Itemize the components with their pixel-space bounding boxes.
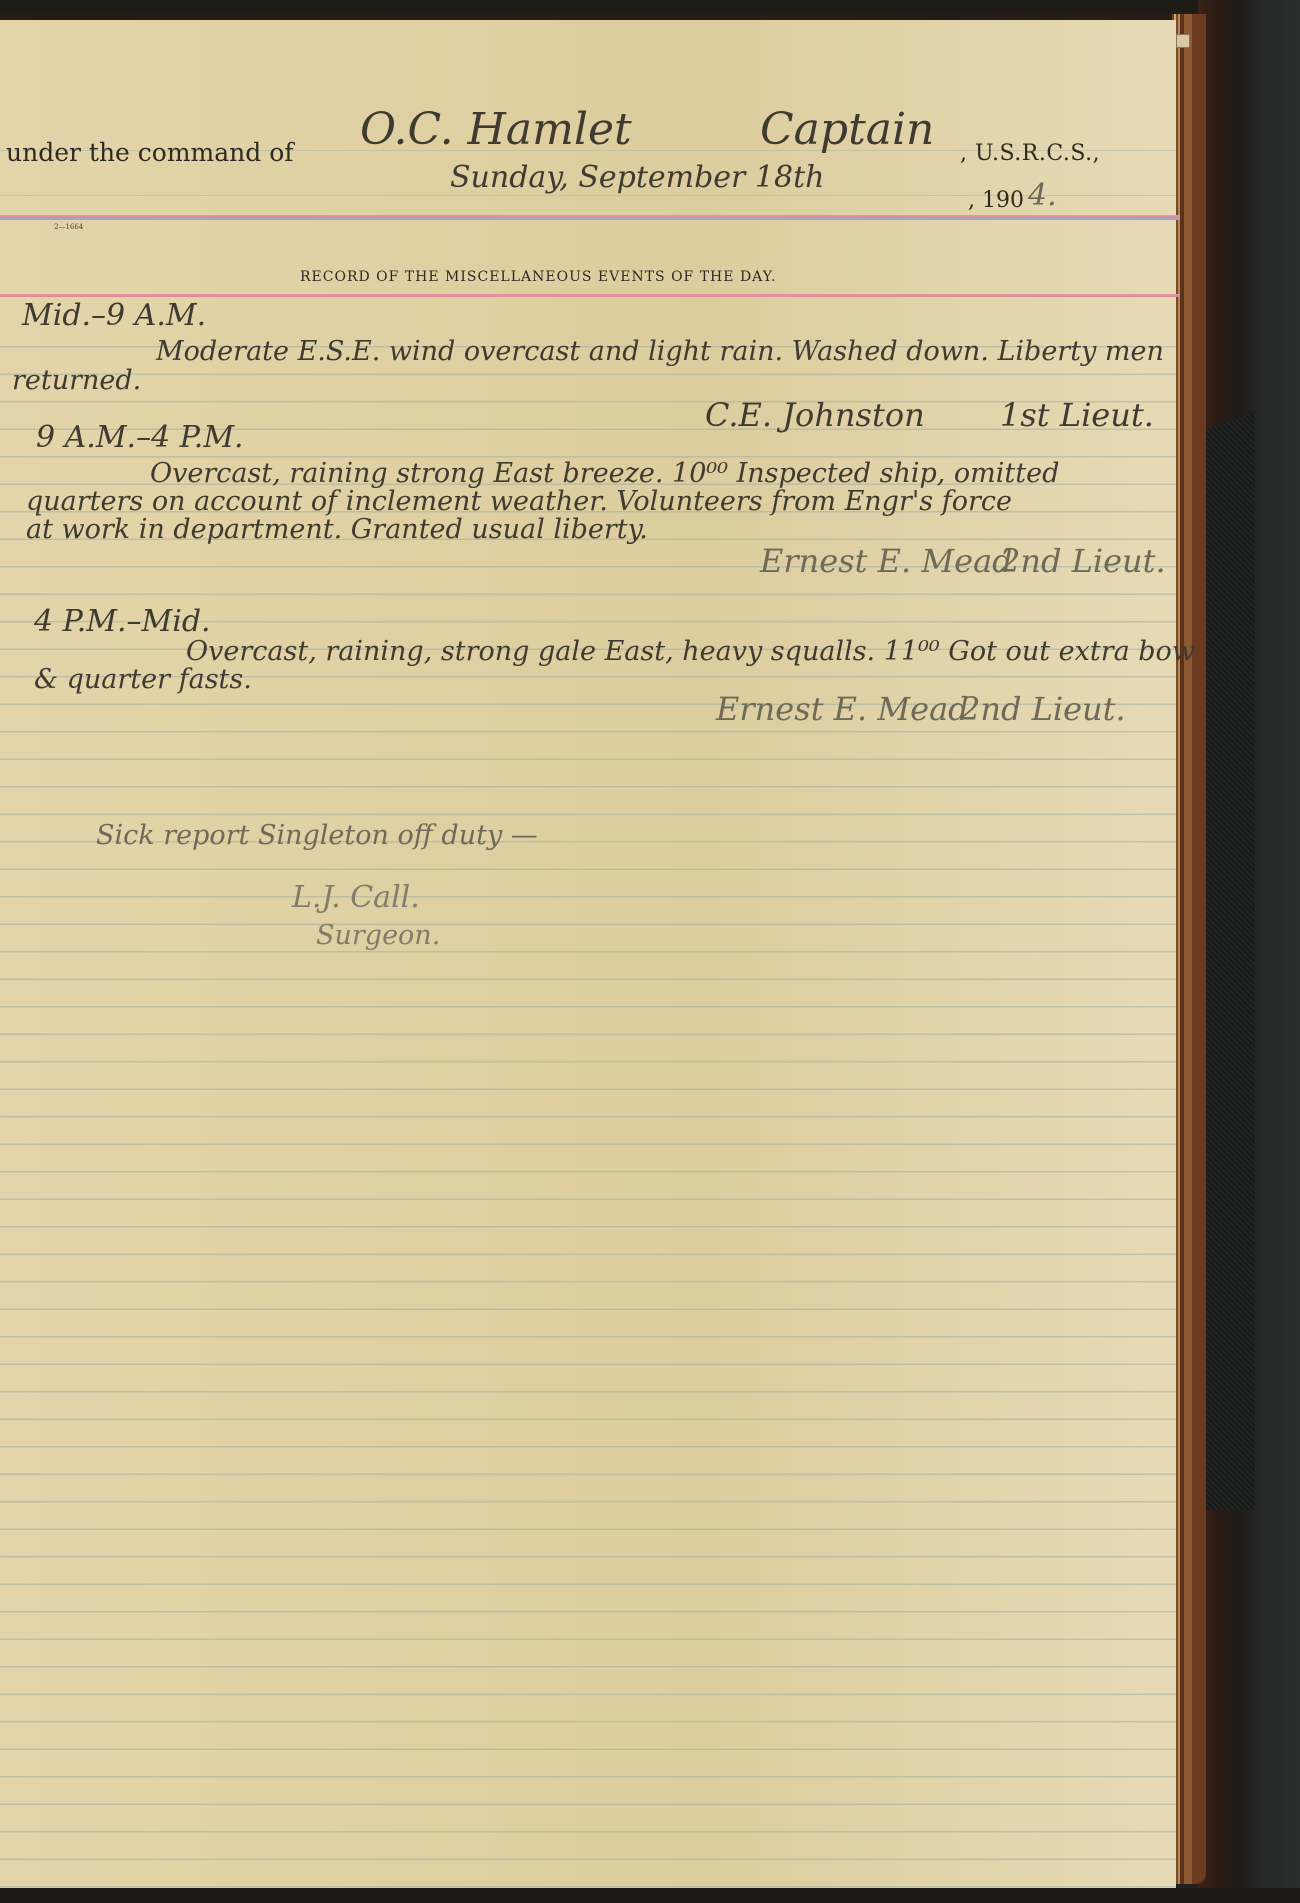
section-title: RECORD OF THE MISCELLANEOUS EVENTS OF TH…: [300, 269, 777, 285]
entry-line: at work in department. Granted usual lib…: [26, 514, 648, 545]
printed-command-label: under the command of: [6, 138, 294, 167]
logbook-page: under the command of O.C. Hamlet Captain…: [0, 20, 1176, 1888]
entry-line: & quarter fasts.: [34, 664, 252, 695]
book-cloth-binding: [1205, 410, 1255, 1510]
year-printed: , 190: [968, 188, 1024, 213]
signature-rank: 1st Lieut.: [1000, 396, 1154, 434]
entry-line: Overcast, raining strong East breeze. 10…: [150, 458, 1059, 489]
log-date: Sunday, September 18th: [450, 160, 824, 195]
section-divider: [0, 294, 1180, 297]
surgeon-note: Sick report Singleton off duty —: [96, 820, 538, 851]
entry-line: quarters on account of inclement weather…: [26, 486, 1012, 517]
header-divider: [0, 215, 1180, 218]
commander-rank: Captain: [760, 104, 934, 155]
signature-name: Ernest E. Mead: [716, 690, 969, 728]
signature-rank: 2nd Lieut.: [960, 690, 1126, 728]
commander-name: O.C. Hamlet: [360, 104, 632, 155]
service-label: , U.S.R.C.S.,: [960, 141, 1100, 166]
signature-name: Ernest E. Mead: [760, 542, 1013, 580]
year-handwritten: 4.: [1028, 178, 1057, 213]
page-corner-mark: [1176, 34, 1190, 48]
watch-label: Mid.–9 A.M.: [22, 298, 206, 333]
form-number: 2—1664: [54, 223, 83, 231]
signature-rank: 2nd Lieut.: [1000, 542, 1166, 580]
entry-line: Overcast, raining, strong gale East, hea…: [186, 636, 1195, 667]
surgeon-title: Surgeon.: [316, 920, 440, 951]
watch-label: 9 A.M.–4 P.M.: [36, 420, 244, 455]
entry-line: returned.: [12, 365, 141, 396]
signature-name: C.E. Johnston: [705, 396, 925, 434]
surgeon-signature: L.J. Call.: [292, 880, 420, 915]
watch-label: 4 P.M.–Mid.: [34, 604, 211, 639]
book-cover-bottom: [0, 1888, 1300, 1903]
entry-line: Moderate E.S.E. wind overcast and light …: [156, 336, 1164, 367]
